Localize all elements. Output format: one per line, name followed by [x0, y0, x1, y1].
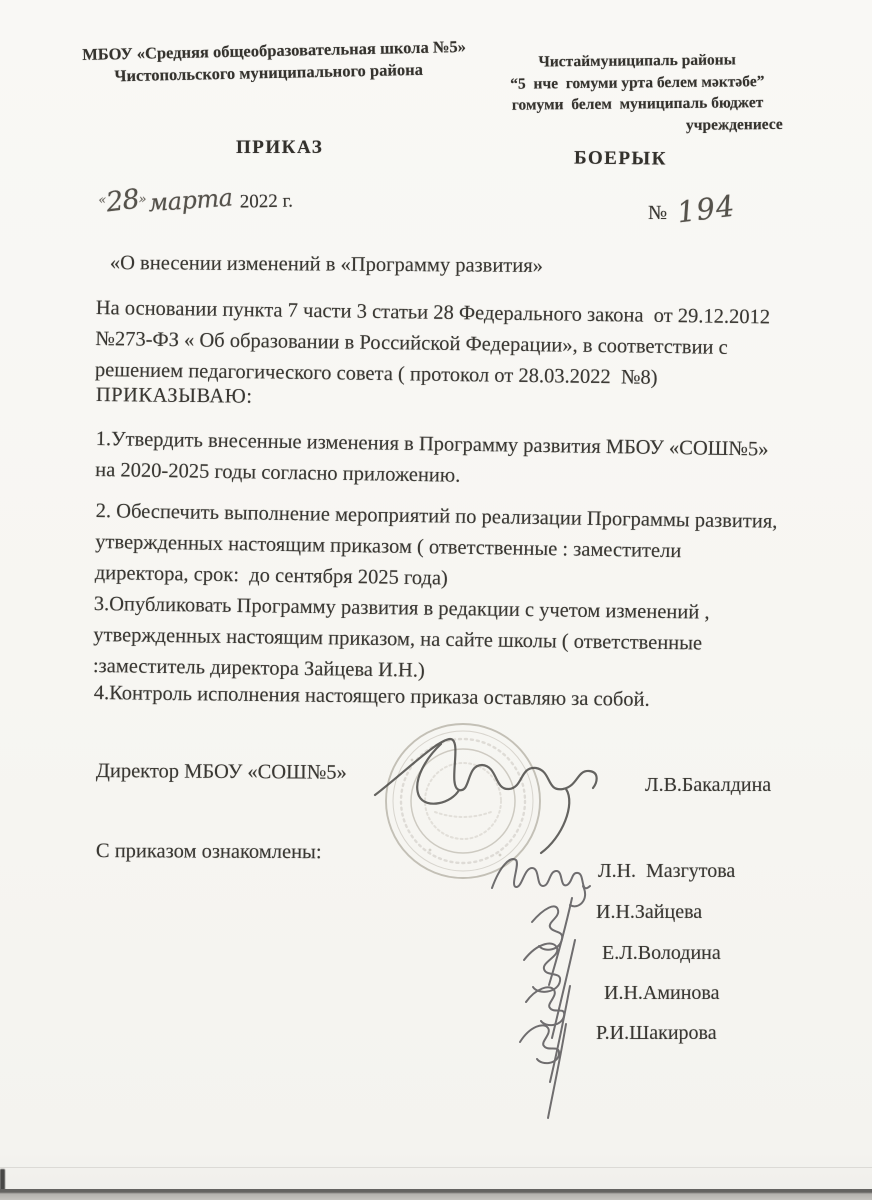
signature-volodina-slash: [552, 940, 575, 1038]
order-item-1: 1.Утвердить внесенные изменения в Програ…: [95, 424, 769, 497]
director-name: Л.В.Бакалдина: [645, 774, 771, 797]
scanned-order-document: МБОУ «Средняя общеобразовательная школа …: [0, 0, 872, 1200]
doc-type-boeryk: БОЕРЫК: [574, 148, 667, 171]
acknowledgement-label: С приказом ознакомлены:: [96, 840, 322, 864]
header-org-tatar-line4: учреждениесе: [487, 113, 789, 138]
acknowledgement-signatures: [492, 859, 590, 1118]
header-org-tatar-line1: Чистаймуниципаль районы: [486, 49, 788, 74]
handwritten-order-number: 194: [675, 189, 737, 230]
ack-name-volodina: Е.Л.Володина: [602, 942, 721, 965]
signature-volodina: [524, 944, 560, 992]
order-subject: «О внесении изменений в «Программу разви…: [110, 252, 543, 278]
signature-shakirova: [520, 1025, 559, 1063]
director-signature: [375, 739, 597, 853]
date-line: «28»марта 2022 г.: [98, 183, 293, 217]
header-org-tatar-line2: “5 нче гомуми урта белем мәктәбе”: [486, 70, 788, 95]
scan-edge-bottom-band: [0, 1189, 872, 1200]
round-stamp-icon: [386, 724, 540, 878]
signature-shakirova-slash: [548, 1024, 566, 1118]
date-quote-close: »: [138, 192, 146, 207]
number-sign: №: [648, 202, 667, 224]
header-org-russian: МБОУ «Средняя общеобразовательная школа …: [82, 36, 455, 88]
scan-edge-hairline: [0, 1167, 872, 1168]
resolution-word: ПРИКАЗЫВАЮ:: [96, 384, 253, 409]
director-label: Директор МБОУ «СОШ№5»: [96, 760, 347, 785]
header-org-tatar: Чистаймуниципаль районы “5 нче гомуми ур…: [486, 49, 789, 138]
order-item-2: 2. Обеспечить выполнение мероприятий по …: [95, 496, 778, 600]
ack-name-aminova: И.Н.Аминова: [604, 982, 719, 1005]
signature-aminova-slash: [550, 986, 570, 1082]
signature-mazgutova: [492, 859, 590, 888]
signature-aminova: [526, 987, 564, 1025]
order-item-4-line: 4.Контроль исполнения настоящего приказа…: [94, 678, 650, 716]
ack-name-mazgutova: Л.Н. Мазгутова: [598, 860, 735, 883]
typed-year: 2022 г.: [240, 191, 294, 213]
signature-zaytseva-slash: [549, 898, 572, 985]
order-item-3: 3.Опубликовать Программу развития в реда…: [93, 589, 710, 691]
order-item-4: 4.Контроль исполнения настоящего приказа…: [94, 678, 650, 716]
signature-zaytseva: [532, 906, 562, 949]
doc-type-prikaz: ПРИКАЗ: [236, 137, 323, 159]
ack-name-shakirova: Р.И.Шакирова: [596, 1022, 717, 1045]
preamble-paragraph: На основании пункта 7 части 3 статьи 28 …: [95, 293, 771, 395]
signature-mazgutova-tail: [570, 886, 585, 906]
ack-name-zaytseva: И.Н.Зайцева: [596, 901, 702, 924]
handwritten-month: марта: [148, 183, 234, 217]
handwritten-day: 28: [104, 184, 140, 219]
header-org-tatar-line3: гомуми белем муниципаль бюджет: [486, 92, 788, 117]
order-number-line: №194: [648, 192, 735, 226]
